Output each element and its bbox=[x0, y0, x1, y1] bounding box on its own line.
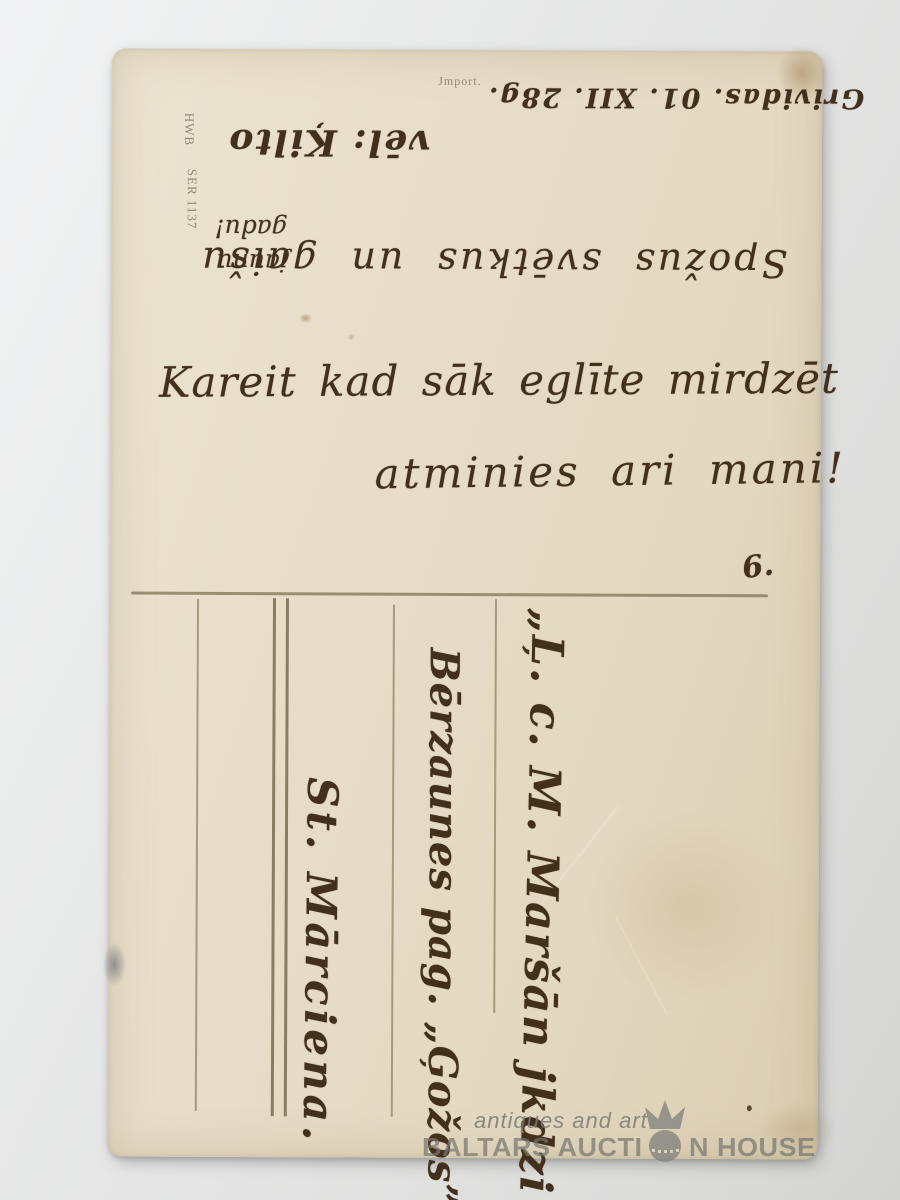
crease-line-2 bbox=[615, 917, 668, 1015]
stain-patch-lower-right bbox=[586, 811, 787, 1002]
auction-photo: Jmport. HWB SER 1137 Grividas. 01. XII. … bbox=[0, 0, 900, 1200]
message-line-2: atminies ari mani! bbox=[374, 444, 805, 499]
inverted-dateline: Grividas. 01. XII. 28g. bbox=[520, 56, 864, 114]
publisher-imprint: HWB bbox=[181, 113, 197, 163]
watermark-brand-left: BALTARS AUCTI bbox=[422, 1133, 642, 1162]
message-mark: 6. bbox=[740, 547, 776, 586]
watermark-tagline: antiques and art bbox=[474, 1108, 648, 1134]
postcard-back: Jmport. HWB SER 1137 Grividas. 01. XII. … bbox=[108, 48, 823, 1159]
ink-dot bbox=[747, 1105, 752, 1111]
message-line-1: Kareit kad sāk eglīte mirdzēt bbox=[159, 354, 763, 407]
stain-spot-small bbox=[347, 333, 355, 340]
divider-horizontal-rule bbox=[131, 592, 768, 598]
inverted-greeting-main: Spožus svētkus un gaišu bbox=[155, 219, 787, 286]
address-line-2: Bērzaunes pag. „Ģožos” bbox=[394, 648, 468, 1128]
import-imprint: Jmport. bbox=[438, 74, 481, 89]
inverted-closing: vēl: Ķilto bbox=[210, 97, 430, 164]
crown-orb-icon bbox=[643, 1099, 687, 1167]
stain-spot-left bbox=[299, 313, 312, 323]
watermark-brand-right: N HOUSE bbox=[689, 1133, 816, 1162]
address-rule-left bbox=[195, 599, 199, 1111]
address-line-3: St. Mārciena. bbox=[274, 777, 347, 1158]
stain-blue-fleck-left-edge bbox=[102, 942, 126, 986]
address-line-1: „Ļ. c. M. Maršān jkdzi bbox=[486, 607, 573, 1169]
